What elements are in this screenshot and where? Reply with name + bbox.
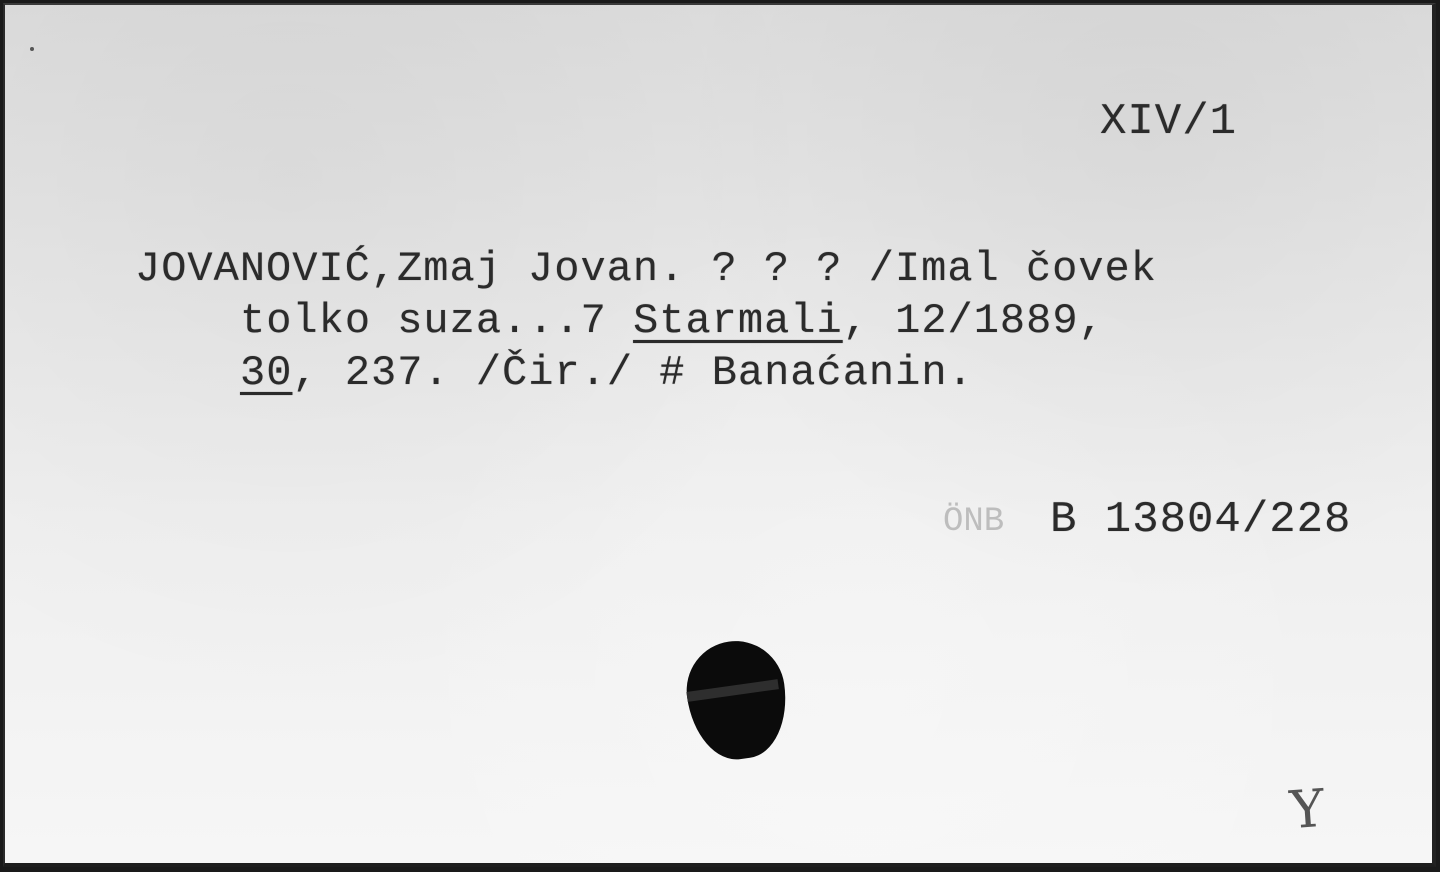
handwritten-mark: Y: [1288, 779, 1326, 841]
entry-line-3: 30, 237. /Čir./ # Banaćanin.: [240, 349, 974, 397]
volume-number: 30: [240, 349, 292, 397]
entry-line-2-pre: tolko suza...7: [240, 297, 633, 345]
speck: [30, 47, 34, 51]
entry-line-2: tolko suza...7 Starmali, 12/1889,: [240, 297, 1105, 345]
faded-stamp: ÖNB: [943, 503, 1004, 541]
entry-line-2-post: , 12/1889,: [843, 297, 1105, 345]
shelf-mark: B 13804/228: [1050, 495, 1351, 545]
entry-line-3-post: , 237. /Čir./ # Banaćanin.: [292, 349, 973, 397]
call-number: XIV/1: [1100, 97, 1237, 147]
catalog-card: XIV/1 JOVANOVIĆ,Zmaj Jovan. ? ? ? /Imal …: [3, 3, 1436, 867]
punch-hole: [680, 635, 793, 765]
periodical-title: Starmali: [633, 297, 843, 345]
entry-line-1: JOVANOVIĆ,Zmaj Jovan. ? ? ? /Imal čovek: [135, 245, 1157, 293]
